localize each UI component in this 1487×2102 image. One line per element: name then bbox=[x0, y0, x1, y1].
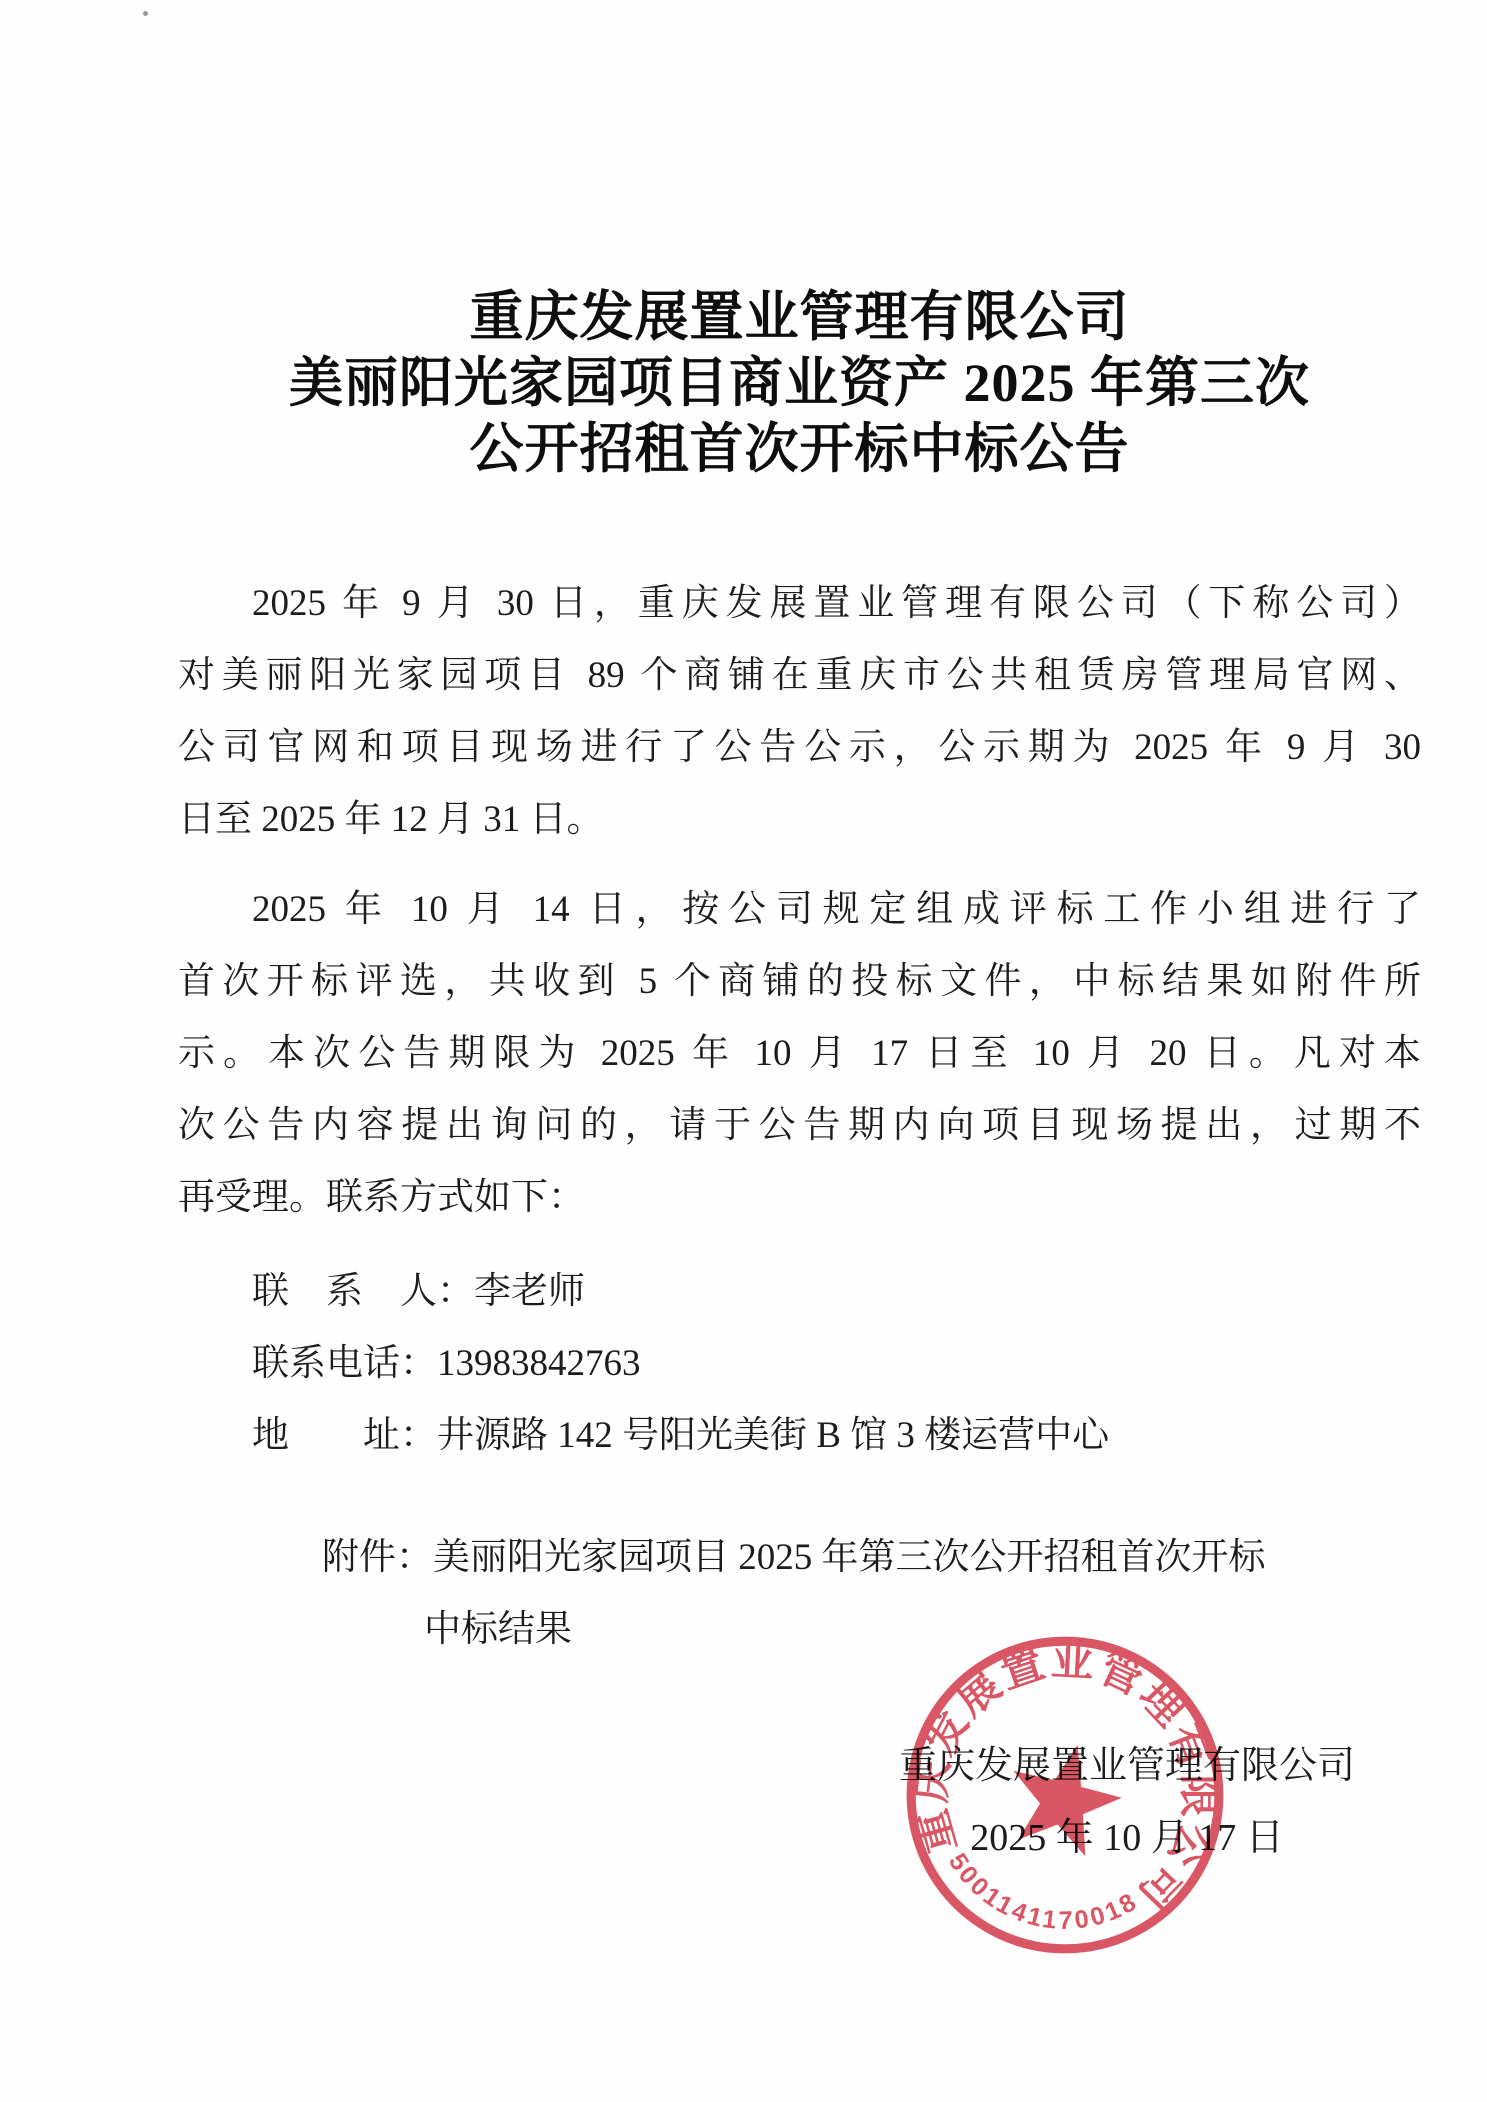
contact-person-line: 联 系 人：李老师 bbox=[178, 1256, 1421, 1328]
attachment-line-2: 中标结果 bbox=[322, 1594, 1421, 1666]
paragraph-2-line-5: 再受理。联系方式如下： bbox=[178, 1162, 1421, 1234]
attachment-text: 美丽阳光家园项目 2025 年第三次公开招租首次开标 bbox=[433, 1537, 1266, 1578]
document-page: 重庆发展置业管理有限公司 美丽阳光家园项目商业资产 2025 年第三次 公开招租… bbox=[0, 0, 1487, 2102]
title-line-2: 美丽阳光家园项目商业资产 2025 年第三次 bbox=[178, 350, 1421, 416]
title-line-1: 重庆发展置业管理有限公司 bbox=[178, 284, 1421, 350]
attachment-label: 附件： bbox=[322, 1537, 433, 1578]
attachment-line-1: 附件：美丽阳光家园项目 2025 年第三次公开招租首次开标 bbox=[322, 1522, 1421, 1594]
contact-person-label: 联 系 人： bbox=[252, 1271, 474, 1312]
document-title: 重庆发展置业管理有限公司 美丽阳光家园项目商业资产 2025 年第三次 公开招租… bbox=[178, 284, 1421, 482]
contact-phone-value: 13983842763 bbox=[437, 1343, 641, 1384]
paragraph-2: 2025 年 10 月 14 日，按公司规定组成评标工作小组进行了 首次开标评选… bbox=[178, 874, 1421, 1234]
contact-phone-label: 联系电话： bbox=[252, 1343, 437, 1384]
paragraph-1: 2025 年 9 月 30 日，重庆发展置业管理有限公司（下称公司） 对美丽阳光… bbox=[178, 568, 1421, 856]
paragraph-1-line-1: 2025 年 9 月 30 日，重庆发展置业管理有限公司（下称公司） bbox=[178, 568, 1421, 640]
signature-block: 重庆发展置业管理有限公司 2025 年 10 月 17 日 bbox=[178, 1730, 1421, 1874]
paragraph-1-line-3: 公司官网和项目现场进行了公告公示，公示期为 2025 年 9 月 30 bbox=[178, 712, 1421, 784]
title-line-3: 公开招租首次开标中标公告 bbox=[178, 416, 1421, 482]
paragraph-2-line-2: 首次开标评选，共收到 5 个商铺的投标文件，中标结果如附件所 bbox=[178, 946, 1421, 1018]
paragraph-2-line-4: 次公告内容提出询问的，请于公告期内向项目现场提出，过期不 bbox=[178, 1090, 1421, 1162]
contact-address-value: 井源路 142 号阳光美街 B 馆 3 楼运营中心 bbox=[437, 1415, 1109, 1456]
contact-person-value: 李老师 bbox=[474, 1271, 585, 1312]
paragraph-1-line-4: 日至 2025 年 12 月 31 日。 bbox=[178, 784, 1421, 856]
signature-company: 重庆发展置业管理有限公司 bbox=[899, 1730, 1355, 1802]
contact-phone-line: 联系电话：13983842763 bbox=[178, 1328, 1421, 1400]
paragraph-1-line-2: 对美丽阳光家园项目 89 个商铺在重庆市公共租赁房管理局官网、 bbox=[178, 640, 1421, 712]
paragraph-2-line-3: 示。本次公告期限为 2025 年 10 月 17 日至 10 月 20 日。凡对… bbox=[178, 1018, 1421, 1090]
attachment-note: 附件：美丽阳光家园项目 2025 年第三次公开招租首次开标 中标结果 bbox=[178, 1522, 1421, 1666]
contact-info: 联 系 人：李老师 联系电话：13983842763 地 址：井源路 142 号… bbox=[178, 1256, 1421, 1472]
signature-inner: 重庆发展置业管理有限公司 2025 年 10 月 17 日 bbox=[899, 1730, 1355, 1874]
contact-address-label: 地 址： bbox=[252, 1415, 437, 1456]
document-content: 重庆发展置业管理有限公司 美丽阳光家园项目商业资产 2025 年第三次 公开招租… bbox=[178, 284, 1421, 1874]
scan-speck bbox=[143, 11, 148, 16]
paragraph-2-line-1: 2025 年 10 月 14 日，按公司规定组成评标工作小组进行了 bbox=[178, 874, 1421, 946]
contact-address-line: 地 址：井源路 142 号阳光美街 B 馆 3 楼运营中心 bbox=[178, 1400, 1421, 1472]
signature-date: 2025 年 10 月 17 日 bbox=[899, 1802, 1355, 1874]
